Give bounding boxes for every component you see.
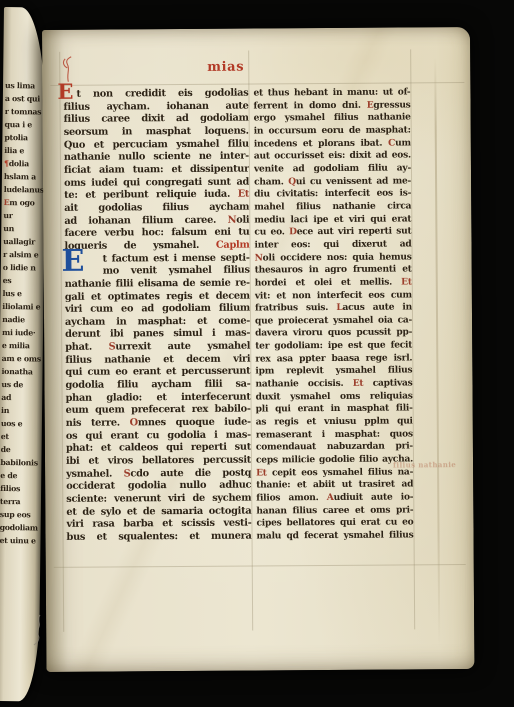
body-text: mediu laci ipe et viri qui erat [254,213,411,225]
body-text: us lima dtemr [5,81,35,92]
facing-page-line: filios amon [0,482,40,495]
manuscript-line: mahel filius nathanie circa [254,200,411,214]
facing-page-line: Em ogo lulem [4,196,44,209]
body-text: te: et peribunt reliquie iuda. [64,189,238,201]
manuscript-line: vit: et non interfecit eos cum [255,289,412,303]
body-text: un quidie: leg [3,224,31,235]
body-text: ur insipib; qm [3,211,33,222]
manuscript-line: incedens et plorans ibat. Cum [254,137,411,151]
body-text: filius caree dixit ad godoliam [64,113,249,125]
manuscript-line: ipm replevit ysmahel filius [255,365,412,379]
body-text: acus aute in [342,302,412,313]
body-text: r alsim e un [3,250,39,261]
versal-capital: Q [288,176,296,187]
manuscript-line: que proiecerat ysmahel oia ca- [255,314,412,328]
body-text: oms iudei qui congregati sunt ad [64,176,249,188]
body-text: phan gladio: et interfecerunt [66,391,251,403]
body-text: e milia iuda [2,341,30,352]
body-text: vit: et non interfecit eos cum [255,289,412,301]
body-text: es abalom [3,276,33,287]
manuscript-line: thanie: et abiit ut trasiret ad [256,479,413,493]
manuscript-line: comendauat nabuzardan pri- [256,441,413,455]
manuscript-line: cu eo. Dece aut viri reperti sut [254,226,411,240]
body-text: nathanie occisis. [255,378,352,390]
parchment-crease [434,57,440,647]
body-text: gali et optimates regis et decem [65,290,250,302]
facing-page-line: ¶dolia mror fur [4,157,44,170]
body-text: lus e domr [2,289,24,300]
manuscript-line: cipes bellatores qui erat cu eo de [256,517,413,531]
body-text: derunt ibi panes simul i mas- [65,328,250,340]
body-text: comendauat nabuzardan pri- [256,441,413,453]
body-text: nadie filios [2,315,25,326]
body-text: filios amon [0,484,23,495]
body-text: duxit ysmahel oms reliquias [256,390,413,402]
manuscript-line: diu civitatis: interfecit eos is- [254,188,411,202]
manuscript-line: duxit ysmahel oms reliquias [256,390,413,404]
body-text: qua i e une· Em [4,120,38,131]
body-text: fratribus suis. [255,302,336,314]
facing-page-text: us lima dtemra ost qui aurer tomnas fili… [0,79,45,547]
manuscript-line: et thus hebant in manu: ut of- [253,86,410,100]
versal-capital: Et [353,378,364,389]
chapter41-initial: E [62,249,99,276]
manuscript-line: venite ad godoliam filiu ay- [254,162,411,176]
versal-capital: Et [238,189,249,200]
manuscript-line: davera viroru quos pcussit pp- [255,327,412,341]
body-text: malu qd fecerat ysmahel filius [256,529,413,541]
body-text: hanan filius caree et oms pri- [256,504,413,516]
facing-page-line: un quidie: leg [3,222,43,235]
body-text: urrexit aute ysmahel [115,341,250,353]
body-text: t non credidit eis godolias [76,88,248,100]
body-text: ptolia ilieli ad [4,133,34,144]
body-text: iliolami e da [2,302,40,313]
facing-page-line: r alsim e un [3,248,43,261]
body-text: uos e filios [1,419,23,430]
manuscript-line: rex asa ppter baasa rege isrl. [255,352,412,366]
facing-page-line: am e oms [2,352,42,365]
facing-page-line: ptolia ilieli ad [4,131,44,144]
body-text: gressus [373,99,410,110]
body-text: cu eo. [254,226,289,237]
manuscript-line: ceps milicie godolie filio aycha. [256,453,413,467]
body-text: remaserant i masphat: quos [256,428,413,440]
body-text: filius aycham. iohanan aute [63,100,248,112]
body-text: que proiecerat ysmahel oia ca- [255,314,412,326]
manuscript-line: as regis et vniusu pplm qui [256,415,413,429]
body-text: dolia mror fur [4,159,39,170]
body-text: nis terre. [66,417,130,428]
facing-page-line: sup eos uiru [0,508,40,521]
facing-page-line: mi iude· Er [2,326,42,339]
manuscript-line: nathanie occisis. Et captivas [255,378,412,392]
body-text: ad godolia [1,393,31,404]
body-text: sup eos uiru [0,510,31,521]
body-text: ibi et viros bellatores percussit [66,455,251,467]
body-text: seorsum in masphat loquens. [64,126,249,138]
manuscript-line: inter eos: qui dixerut ad ysmahel. [254,238,411,252]
facing-page-line: ad godolia [1,391,41,404]
body-text: eum quem prefecerat rex babilo- [66,404,251,416]
facing-page-line: et reliquias [1,430,41,443]
body-text: o lidie n osm [3,263,36,274]
body-text: ipm replevit ysmahel filius [255,365,412,377]
text-column-right: et thus hebant in manu: ut of-ferrent in… [253,86,413,543]
body-text: ui cu venissent ad me- [296,175,411,187]
body-text: filios amon. [256,492,327,503]
body-text: et uinu e [0,536,36,545]
versal-capital: Et [401,276,412,287]
facing-page-line: et uinu e [0,534,40,547]
manuscript-line: bus et squalentes: et munera [67,531,252,545]
manuscript-line: hanan filius caree et oms pri- [256,504,413,518]
body-text: diu civitatis: interfecit eos is- [254,188,411,200]
body-text: os qui erant cu godolia i mas- [66,429,251,441]
body-text: am e oms [2,354,41,363]
body-text: us de male [1,380,23,391]
body-text: ludelanus e lur [4,185,44,196]
manuscript-line: cham. Qui cu venissent ad me- [254,175,411,189]
facing-page-line: babilonis [0,456,40,469]
body-text: ionatha fili [1,367,32,378]
ruling-line [54,564,466,568]
text-column-left: E E t non credidit eis godoliasfilius ay… [63,88,251,545]
facing-page-line: r tomnas filius [5,105,45,118]
body-text: cipes bellatores qui erat cu eo de [256,517,413,531]
facing-page-edge: us lima dtemra ost qui aurer tomnas fili… [0,7,47,701]
running-title: mias [207,60,244,75]
body-text: in occursum eoru de masphat: [254,124,411,136]
facing-page-line: iliolami e da [2,300,42,313]
body-text: ece aut viri reperti sut [297,226,412,238]
body-text: ceps milicie godolie filio aycha. [256,453,413,465]
body-text: de ierusale [1,445,34,456]
facing-page-line: de ierusale [1,443,41,456]
body-text: filius nathanie et decem viri [65,353,250,365]
facing-page-line: e milia iuda [2,339,42,352]
facing-page-line: es abalom [3,274,43,287]
body-text: ferrent in domo dni. [253,99,366,111]
facing-page-line: terra iuda [0,495,40,508]
body-text: a ost qui aure [5,94,40,105]
facing-page-line: in masphat [1,404,41,417]
body-text: ad iohanan filium caree. [64,214,227,226]
body-text: viri rasa barba et scissis vesti- [66,518,251,530]
manuscript-line: viri rasa barba et scissis vesti- [66,518,251,532]
body-text: bus et squalentes: et munera [67,531,252,543]
facing-page-line: lus e domr [2,287,42,300]
body-text: ficiat aiam tuam: et dissipentur [64,163,249,175]
body-text: thanie: et abiit ut trasiret ad [256,479,413,491]
facing-page-line: godoliam fi [0,521,40,534]
body-text: rex asa ppter baasa rege isrl. [255,352,412,364]
manuscript-line: aut occurisset eis: dixit ad eos. [254,150,411,164]
manuscript-line: ergo ysmahel filius nathanie [254,112,411,126]
body-text: et thus hebant in manu: ut of- [253,86,410,98]
body-text: r tomnas filius [5,107,42,118]
penwork-flourish-icon [59,56,77,82]
body-text: babilonis [0,458,38,467]
body-text: phat: et caldeos qui reperti sut [66,442,251,454]
body-text: inter eos: qui dixerut ad ysmahel. [254,238,411,252]
manuscript-line: mediu laci ipe et viri qui erat [254,213,411,227]
body-text: sciente: venerunt viri de sychem [66,493,251,505]
manuscript-line: pli qui erant in masphat fili- [256,403,413,417]
body-text: hordei et olei et mellis. [255,276,401,288]
body-text: mi iude· Er [2,328,35,339]
body-text: cdo aute die postq [130,467,251,479]
body-text: thesauros in agro frumenti et [255,264,412,276]
manuscript-line: malu qd fecerat ysmahel filius [256,529,413,543]
body-text: mahel filius nathanie circa [254,200,411,212]
versal-capital: N [255,252,263,263]
facing-page-line: uos e filios [1,417,41,430]
body-text: ysmahel. [66,468,124,479]
initial-letter: E [57,79,73,104]
manuscript-line: hordei et olei et mellis. Et cessa- [255,276,412,290]
manuscript-line: sciente: venerunt viri de sychem [66,493,251,507]
marginal-note: filius nathanie [393,460,456,469]
versal-capital: O [130,417,138,428]
ruling-line [50,82,464,86]
body-text: occiderat godolia nullo adhuc [66,480,251,492]
facing-page-line: o lidie n osm [3,261,43,274]
versal-capital: Et [256,467,267,478]
body-text: davera viroru quos pcussit pp- [255,327,412,339]
manuscript-line: occiderat godolia nullo adhuc [66,480,251,494]
body-text: uallagir pulo [3,237,35,248]
body-text: nathanie filii elisama de semie re- [65,277,250,289]
facing-page-line: nadie filios [2,313,42,326]
body-text: et reliquias [1,432,37,443]
body-text: oli occidere nos: quia hemus [263,251,412,263]
body-text: pli qui erant in masphat fili- [256,403,413,415]
body-text: aut occurisset eis: dixit ad eos. [254,150,411,162]
body-text: cham. [254,176,288,187]
body-text: Quo et percuciam ysmahel filiu [64,138,249,150]
body-text: qui cum eo erant et percusserunt [65,366,250,378]
body-text: mnes quoque iude- [138,417,251,429]
body-text: phat. [65,342,108,353]
versal-capital: N [228,214,237,225]
manuscript-line: in occursum eoru de masphat: [254,124,411,138]
facing-page-line: us de male [1,378,41,391]
body-text: mo venit ysmahel filius [103,265,250,277]
facing-page-line: e de moab [0,469,40,482]
body-text: ilia e mana lur [4,146,41,157]
manuscript-line: ferrent in domo dni. Egressus [253,99,410,113]
body-text: venite ad godoliam filiu ay- [254,162,411,174]
facing-page-line: qua i e une· Em [4,118,44,131]
body-text: viri cum eo ad godoliam filium [65,303,250,315]
manuscript-line: filios amon. Audiuit aute io- [256,491,413,505]
facing-page-line: ludelanus e lur [4,183,44,196]
body-text: udiuit aute io- [334,491,414,503]
manuscript-line: et de sylo et de samaria octogita [66,505,251,519]
body-text: um [395,137,411,148]
facing-page-line: ilia e mana lur [4,144,44,157]
photograph-background: { "page": { "colors": { "background": "#… [0,0,514,707]
manuscript-page: mias E E t non credidit eis godoliasfili… [42,27,474,672]
body-text: e de moab [0,471,23,482]
body-text: godoliam fi [0,523,38,534]
body-text: as regis et vniusu pplm qui [256,415,413,427]
facing-page-line: ionatha fili [1,365,41,378]
facing-page-line: us lima dtemr [5,79,45,92]
facing-page-line: uallagir pulo [3,235,43,248]
body-text: et de sylo et de samaria octogita [66,505,251,517]
chapter40-initial: E [57,80,81,106]
body-text: captivas [363,378,412,389]
manuscript-line: ter godoliam: ipe est que fecit [255,340,412,354]
body-text: ergo ysmahel filius nathanie [254,112,411,124]
body-text: in masphat [1,406,36,417]
body-text: aycham in masphat: et come- [65,315,250,327]
manuscript-line: Noli occidere nos: quia hemus [255,251,412,265]
body-text: nathanie nullo sciente ne inter- [64,151,249,163]
facing-page-line: ur insipib; qm [3,209,43,222]
manuscript-line: fratribus suis. Lacus aute in [255,302,412,316]
facing-page-line: hslam a uireu [4,170,44,183]
body-text: cepit eos ysmahel filius na- [267,466,413,478]
body-text: hslam a uireu [4,172,36,183]
body-text: ter godoliam: ipe est que fecit [255,340,412,352]
initial-letter: E [61,244,84,279]
facing-page-line: a ost qui aure [5,92,45,105]
manuscript-line: Et cepit eos ysmahel filius na- [256,466,413,480]
manuscript-line: thesauros in agro frumenti et [255,264,412,278]
body-text: oli [236,214,249,225]
pencil-mark-icon [30,613,48,647]
body-text: facere verbu hoc: falsum eni tu [64,227,249,239]
body-text: terra iuda [0,497,20,508]
body-text: incedens et plorans ibat. [254,137,388,149]
body-text: godolia filiu aycham filii sa- [65,379,250,391]
body-text: t factum est i mense septi- [103,252,250,264]
manuscript-line: remaserant i masphat: quos [256,428,413,442]
body-text: ait godolias filius aycham [64,201,249,213]
rubric-text: Caplm [216,239,250,250]
